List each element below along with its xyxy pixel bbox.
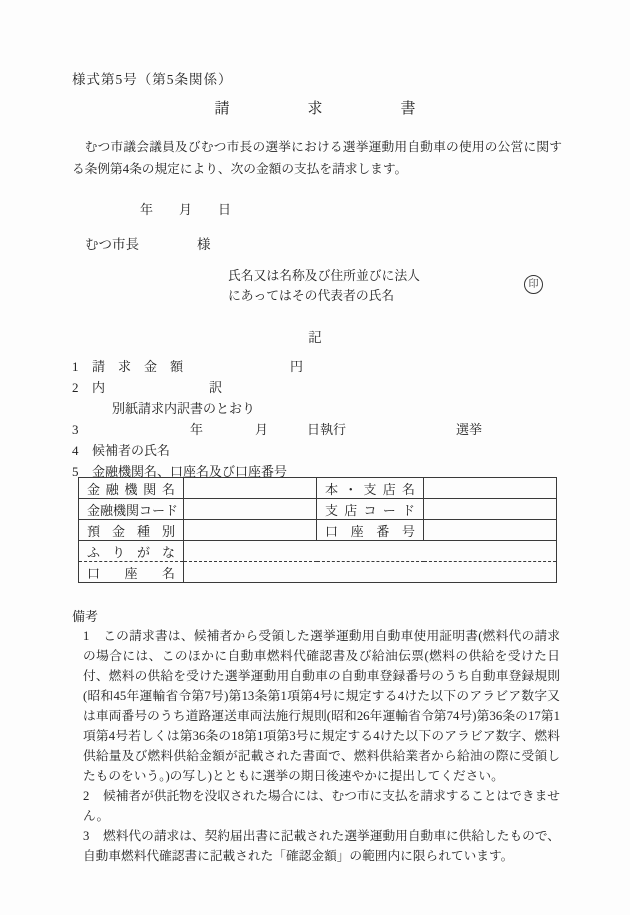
branch-name-label: 本・支店名 bbox=[317, 478, 424, 499]
remarks-heading: 備考 bbox=[72, 606, 98, 625]
item-candidate-name: 4候補者の氏名 bbox=[72, 440, 562, 461]
breakdown-detail-text: 別紙請求内訳書のとおり bbox=[112, 401, 255, 416]
bank-account-table: 金融機関名 本・支店名 金融機関コード 支店コード 預金種別 口座番号 ふりがな… bbox=[78, 477, 557, 583]
account-number-cell bbox=[424, 520, 557, 541]
branch-name-cell bbox=[424, 478, 557, 499]
note-number: 2 bbox=[83, 786, 103, 806]
item-election-date: 3年 月 日執行選挙 bbox=[72, 419, 562, 440]
furigana-label: ふりがな bbox=[79, 541, 184, 562]
table-row: 口座名 bbox=[79, 562, 557, 583]
item-breakdown-label: 内 訳 bbox=[92, 380, 222, 395]
remarks-list: 1この請求書は、候補者から受領した選挙運動用自動車使用証明書(燃料代の請求の場合… bbox=[83, 626, 560, 866]
election-date-blanks: 年 月 日執行 bbox=[190, 422, 346, 437]
note-text: 燃料代の請求は、契約届出書に記載された選挙運動用自動車に供給したもので、自動車燃… bbox=[83, 829, 560, 863]
name-address-label-line2: にあってはその代表者の氏名 bbox=[228, 286, 420, 306]
note-number: 3 bbox=[83, 826, 103, 846]
section-marker-ki: 記 bbox=[0, 326, 630, 346]
account-name-label: 口座名 bbox=[79, 562, 184, 583]
seal-icon: 印 bbox=[524, 275, 543, 294]
claim-item-list: 1請 求 金 額円 2内 訳 別紙請求内訳書のとおり 3年 月 日執行選挙 4候… bbox=[72, 356, 562, 482]
branch-code-cell bbox=[424, 499, 557, 520]
item-number: 1 bbox=[72, 356, 92, 377]
deposit-type-cell bbox=[184, 520, 317, 541]
item-number: 2 bbox=[72, 377, 92, 398]
item-number: 3 bbox=[72, 419, 92, 440]
addressee-name: むつ市長 bbox=[85, 237, 139, 252]
item-candidate-label: 候補者の氏名 bbox=[92, 443, 170, 458]
addressee-honorific: 様 bbox=[197, 237, 211, 252]
form-number: 様式第5号（第5条関係） bbox=[72, 68, 233, 88]
bank-name-label: 金融機関名 bbox=[79, 478, 184, 499]
table-row: 金融機関コード 支店コード bbox=[79, 499, 557, 520]
item-claim-amount: 1請 求 金 額円 bbox=[72, 356, 562, 377]
amount-unit-yen: 円 bbox=[290, 359, 303, 374]
item-breakdown: 2内 訳 bbox=[72, 377, 562, 398]
item-claim-amount-label: 請 求 金 額 bbox=[92, 359, 183, 374]
remarks-note-2: 2候補者が供託物を没収された場合には、むつ市に支払を請求することはできません。 bbox=[83, 786, 560, 826]
deposit-type-label: 預金種別 bbox=[79, 520, 184, 541]
account-name-cell bbox=[184, 562, 557, 583]
bank-name-cell bbox=[184, 478, 317, 499]
request-form-page: 様式第5号（第5条関係） 請求書 むつ市議会議員及びむつ市長の選挙における選挙運… bbox=[0, 0, 630, 915]
date-line: 年 月 日 bbox=[140, 199, 231, 218]
furigana-cell bbox=[184, 541, 557, 562]
page-title-text: 請求書 bbox=[214, 101, 493, 117]
remarks-note-3: 3燃料代の請求は、契約届出書に記載された選挙運動用自動車に供給したもので、自動車… bbox=[83, 826, 560, 866]
addressee-line: むつ市長様 bbox=[85, 233, 211, 253]
breakdown-detail-note: 別紙請求内訳書のとおり bbox=[72, 398, 562, 419]
item-number: 4 bbox=[72, 440, 92, 461]
account-number-label: 口座番号 bbox=[317, 520, 424, 541]
remarks-note-1: 1この請求書は、候補者から受領した選挙運動用自動車使用証明書(燃料代の請求の場合… bbox=[83, 626, 560, 786]
branch-code-label: 支店コード bbox=[317, 499, 424, 520]
table-row: 預金種別 口座番号 bbox=[79, 520, 557, 541]
bank-code-cell bbox=[184, 499, 317, 520]
table-row: ふりがな bbox=[79, 541, 557, 562]
note-number: 1 bbox=[83, 626, 103, 646]
name-address-label: 氏名又は名称及び住所並びに法人 にあってはその代表者の氏名 bbox=[228, 266, 420, 306]
name-address-label-line1: 氏名又は名称及び住所並びに法人 bbox=[228, 266, 420, 286]
bank-code-label: 金融機関コード bbox=[79, 499, 184, 520]
table-row: 金融機関名 本・支店名 bbox=[79, 478, 557, 499]
election-suffix: 選挙 bbox=[456, 422, 482, 437]
page-title: 請求書 bbox=[0, 97, 630, 118]
note-text: この請求書は、候補者から受領した選挙運動用自動車使用証明書(燃料代の請求の場合に… bbox=[83, 629, 560, 783]
note-text: 候補者が供託物を没収された場合には、むつ市に支払を請求することはできません。 bbox=[83, 789, 560, 823]
intro-paragraph: むつ市議会議員及びむつ市長の選挙における選挙運動用自動車の使用の公営に関する条例… bbox=[72, 136, 562, 180]
